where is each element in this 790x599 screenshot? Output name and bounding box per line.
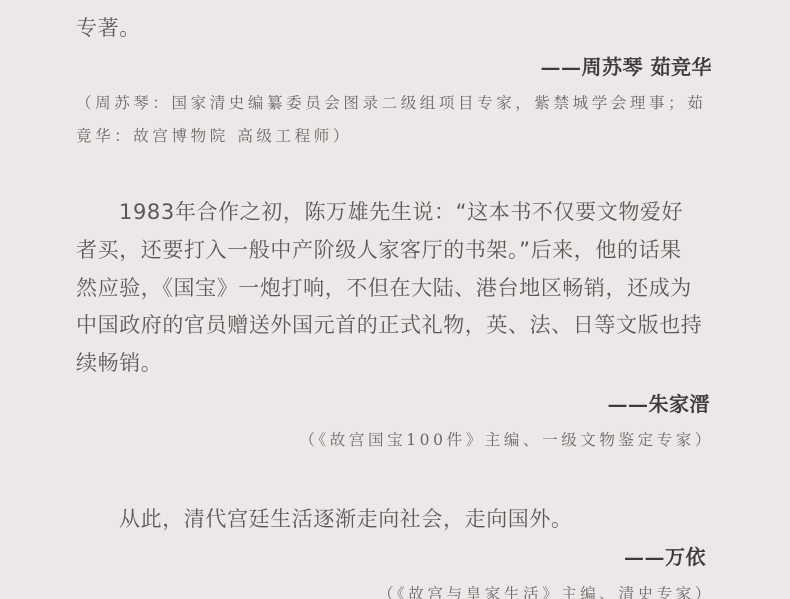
intro-tail-text: 专著。	[76, 12, 141, 42]
quote3-paragraph-line: 从此，清代宫廷生活逐渐走向社会，走向国外。	[119, 503, 573, 533]
document-page: 专著。 ——周苏琴 茹竞华 （周苏琴：国家清史编纂委员会图录二级组项目专家，紫禁…	[0, 0, 790, 599]
quote2-paragraph-line: 者买，还要打入一般中产阶级人家客厅的书架。”后来，他的话果	[76, 234, 682, 264]
quote2-signature: ——朱家溍	[608, 388, 711, 417]
quote1-signature: ——周苏琴 茹竞华	[541, 51, 712, 80]
quote2-paragraph-line: 中国政府的官员赠送外国元首的正式礼物，英、法、日等文版也持	[76, 309, 702, 339]
quote1-note-line: 竟华：故宫博物院 高级工程师）	[76, 124, 352, 146]
quote3-note: （《故宫与皇家生活》主编、清史专家）	[378, 582, 714, 599]
quote3-signature: ——万依	[624, 541, 706, 570]
quote2-note: （《故宫国宝100件》主编、一级文物鉴定专家）	[299, 428, 714, 450]
quote2-paragraph-line: 续畅销。	[76, 347, 162, 377]
quote2-paragraph-line: 然应验，《国宝》一炮打响，不但在大陆、港台地区畅销，还成为	[76, 272, 692, 302]
quote2-paragraph-line: 1983年合作之初，陈万雄先生说：“这本书不仅要文物爱好	[119, 196, 683, 226]
quote1-note-line: （周苏琴：国家清史编纂委员会图录二级组项目专家，紫禁城学会理事；茹	[76, 91, 706, 113]
